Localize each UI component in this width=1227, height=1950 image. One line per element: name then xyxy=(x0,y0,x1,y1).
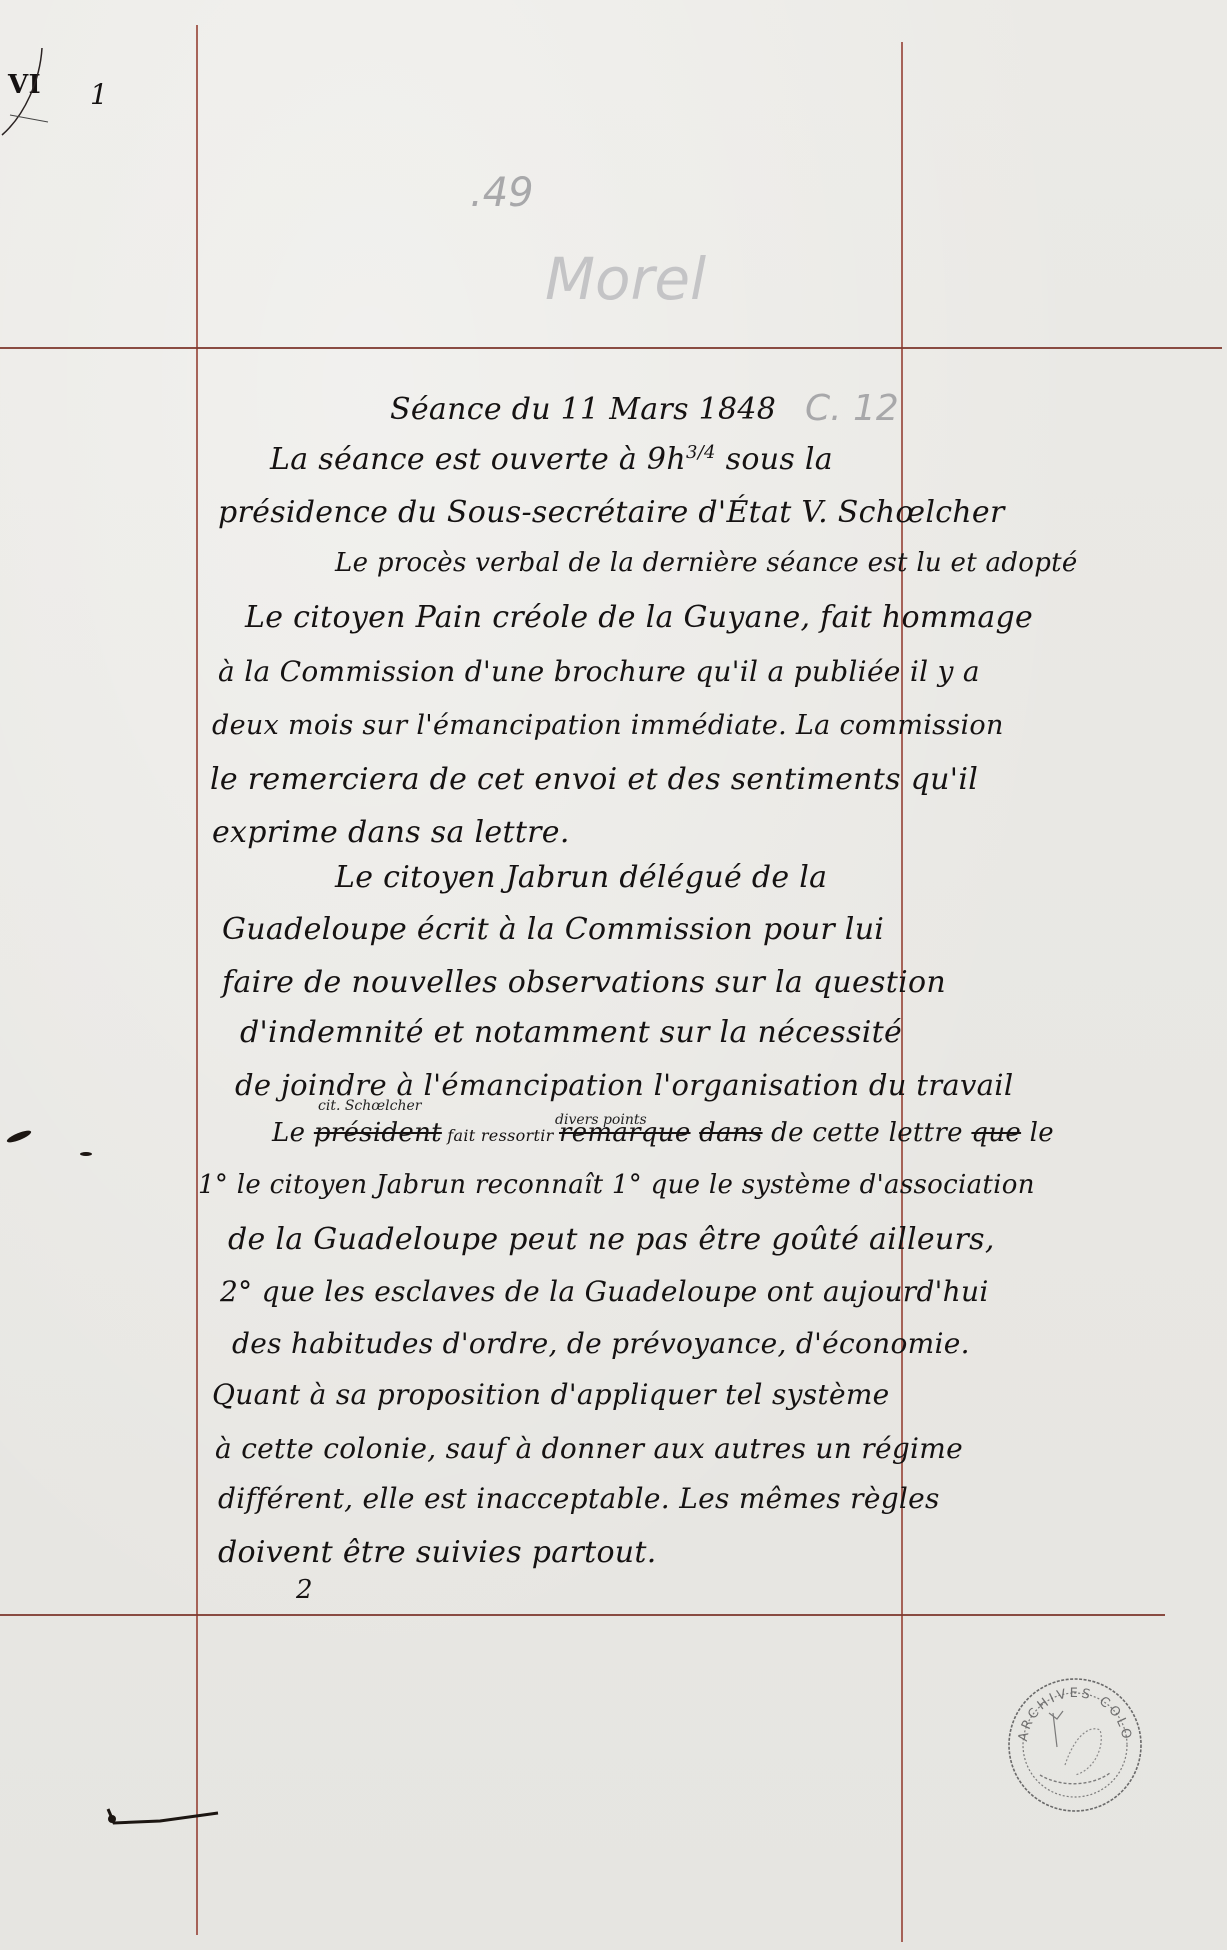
pencil-name-note: Morel xyxy=(545,245,706,313)
margin-tick-mark: 1 xyxy=(90,78,108,111)
body-line-7: le remerciera de cet envoi et des sentim… xyxy=(210,762,978,797)
bottom-rule xyxy=(0,1614,1165,1616)
body-line-8: exprime dans sa lettre. xyxy=(212,815,570,850)
body-line-19: Quant à sa proposition d'appliquer tel s… xyxy=(212,1378,890,1411)
session-heading: Séance du 11 Mars 1848 xyxy=(390,392,776,427)
insertion-above-president: cit. Schœlcher xyxy=(318,1098,421,1114)
body-line-5: à la Commission d'une brochure qu'il a p… xyxy=(218,655,980,688)
stamp-seal-icon: ARCHIVES COLO xyxy=(1005,1675,1145,1815)
body-line-22: doivent être suivies partout. xyxy=(218,1535,657,1570)
body-line-9: Le citoyen Jabrun délégué de la xyxy=(335,860,827,895)
pencil-reference-note: C. 12 xyxy=(805,388,899,429)
body-line-13: de joindre à l'émancipation l'organisati… xyxy=(235,1068,1013,1102)
ink-blot-upper xyxy=(6,1128,33,1144)
body-line-15: 1° le citoyen Jabrun reconnaît 1° que le… xyxy=(198,1170,1035,1200)
left-margin-rule xyxy=(196,25,198,1935)
body-line-2: présidence du Sous-secrétaire d'État V. … xyxy=(218,495,1005,530)
folio-number: .49 xyxy=(470,170,534,216)
page-number-bottom: 2 xyxy=(296,1575,313,1605)
margin-curve-mark xyxy=(0,40,60,140)
body-line-17: 2° que les esclaves de la Guadeloupe ont… xyxy=(220,1275,989,1308)
body-line-1: La séance est ouverte à 9h3/4 sous la xyxy=(270,442,833,477)
archive-stamp: ARCHIVES COLO xyxy=(1005,1675,1145,1815)
ink-stroke-lower xyxy=(100,1805,230,1845)
body-line-16: de la Guadeloupe peut ne pas être goûté … xyxy=(228,1222,995,1257)
top-rule xyxy=(0,347,1222,349)
body-line-21: différent, elle est inacceptable. Les mê… xyxy=(218,1482,940,1515)
body-line-12: d'indemnité et notamment sur la nécessit… xyxy=(240,1015,902,1050)
body-line-11: faire de nouvelles observations sur la q… xyxy=(222,965,946,1000)
body-line-14-corrected: Le président fait ressortir remarque dan… xyxy=(272,1118,1054,1148)
manuscript-page: VI 1 .49 Morel C. 12 Séance du 11 Mars 1… xyxy=(0,0,1227,1950)
body-line-10: Guadeloupe écrit à la Commission pour lu… xyxy=(222,912,884,947)
body-line-3: Le procès verbal de la dernière séance e… xyxy=(335,548,1078,578)
body-line-18: des habitudes d'ordre, de prévoyance, d'… xyxy=(232,1327,970,1360)
body-line-6: deux mois sur l'émancipation immédiate. … xyxy=(212,710,1004,741)
ink-blot-small xyxy=(80,1152,92,1156)
body-line-4: Le citoyen Pain créole de la Guyane, fai… xyxy=(245,600,1033,635)
body-line-20: à cette colonie, sauf à donner aux autre… xyxy=(215,1432,963,1465)
